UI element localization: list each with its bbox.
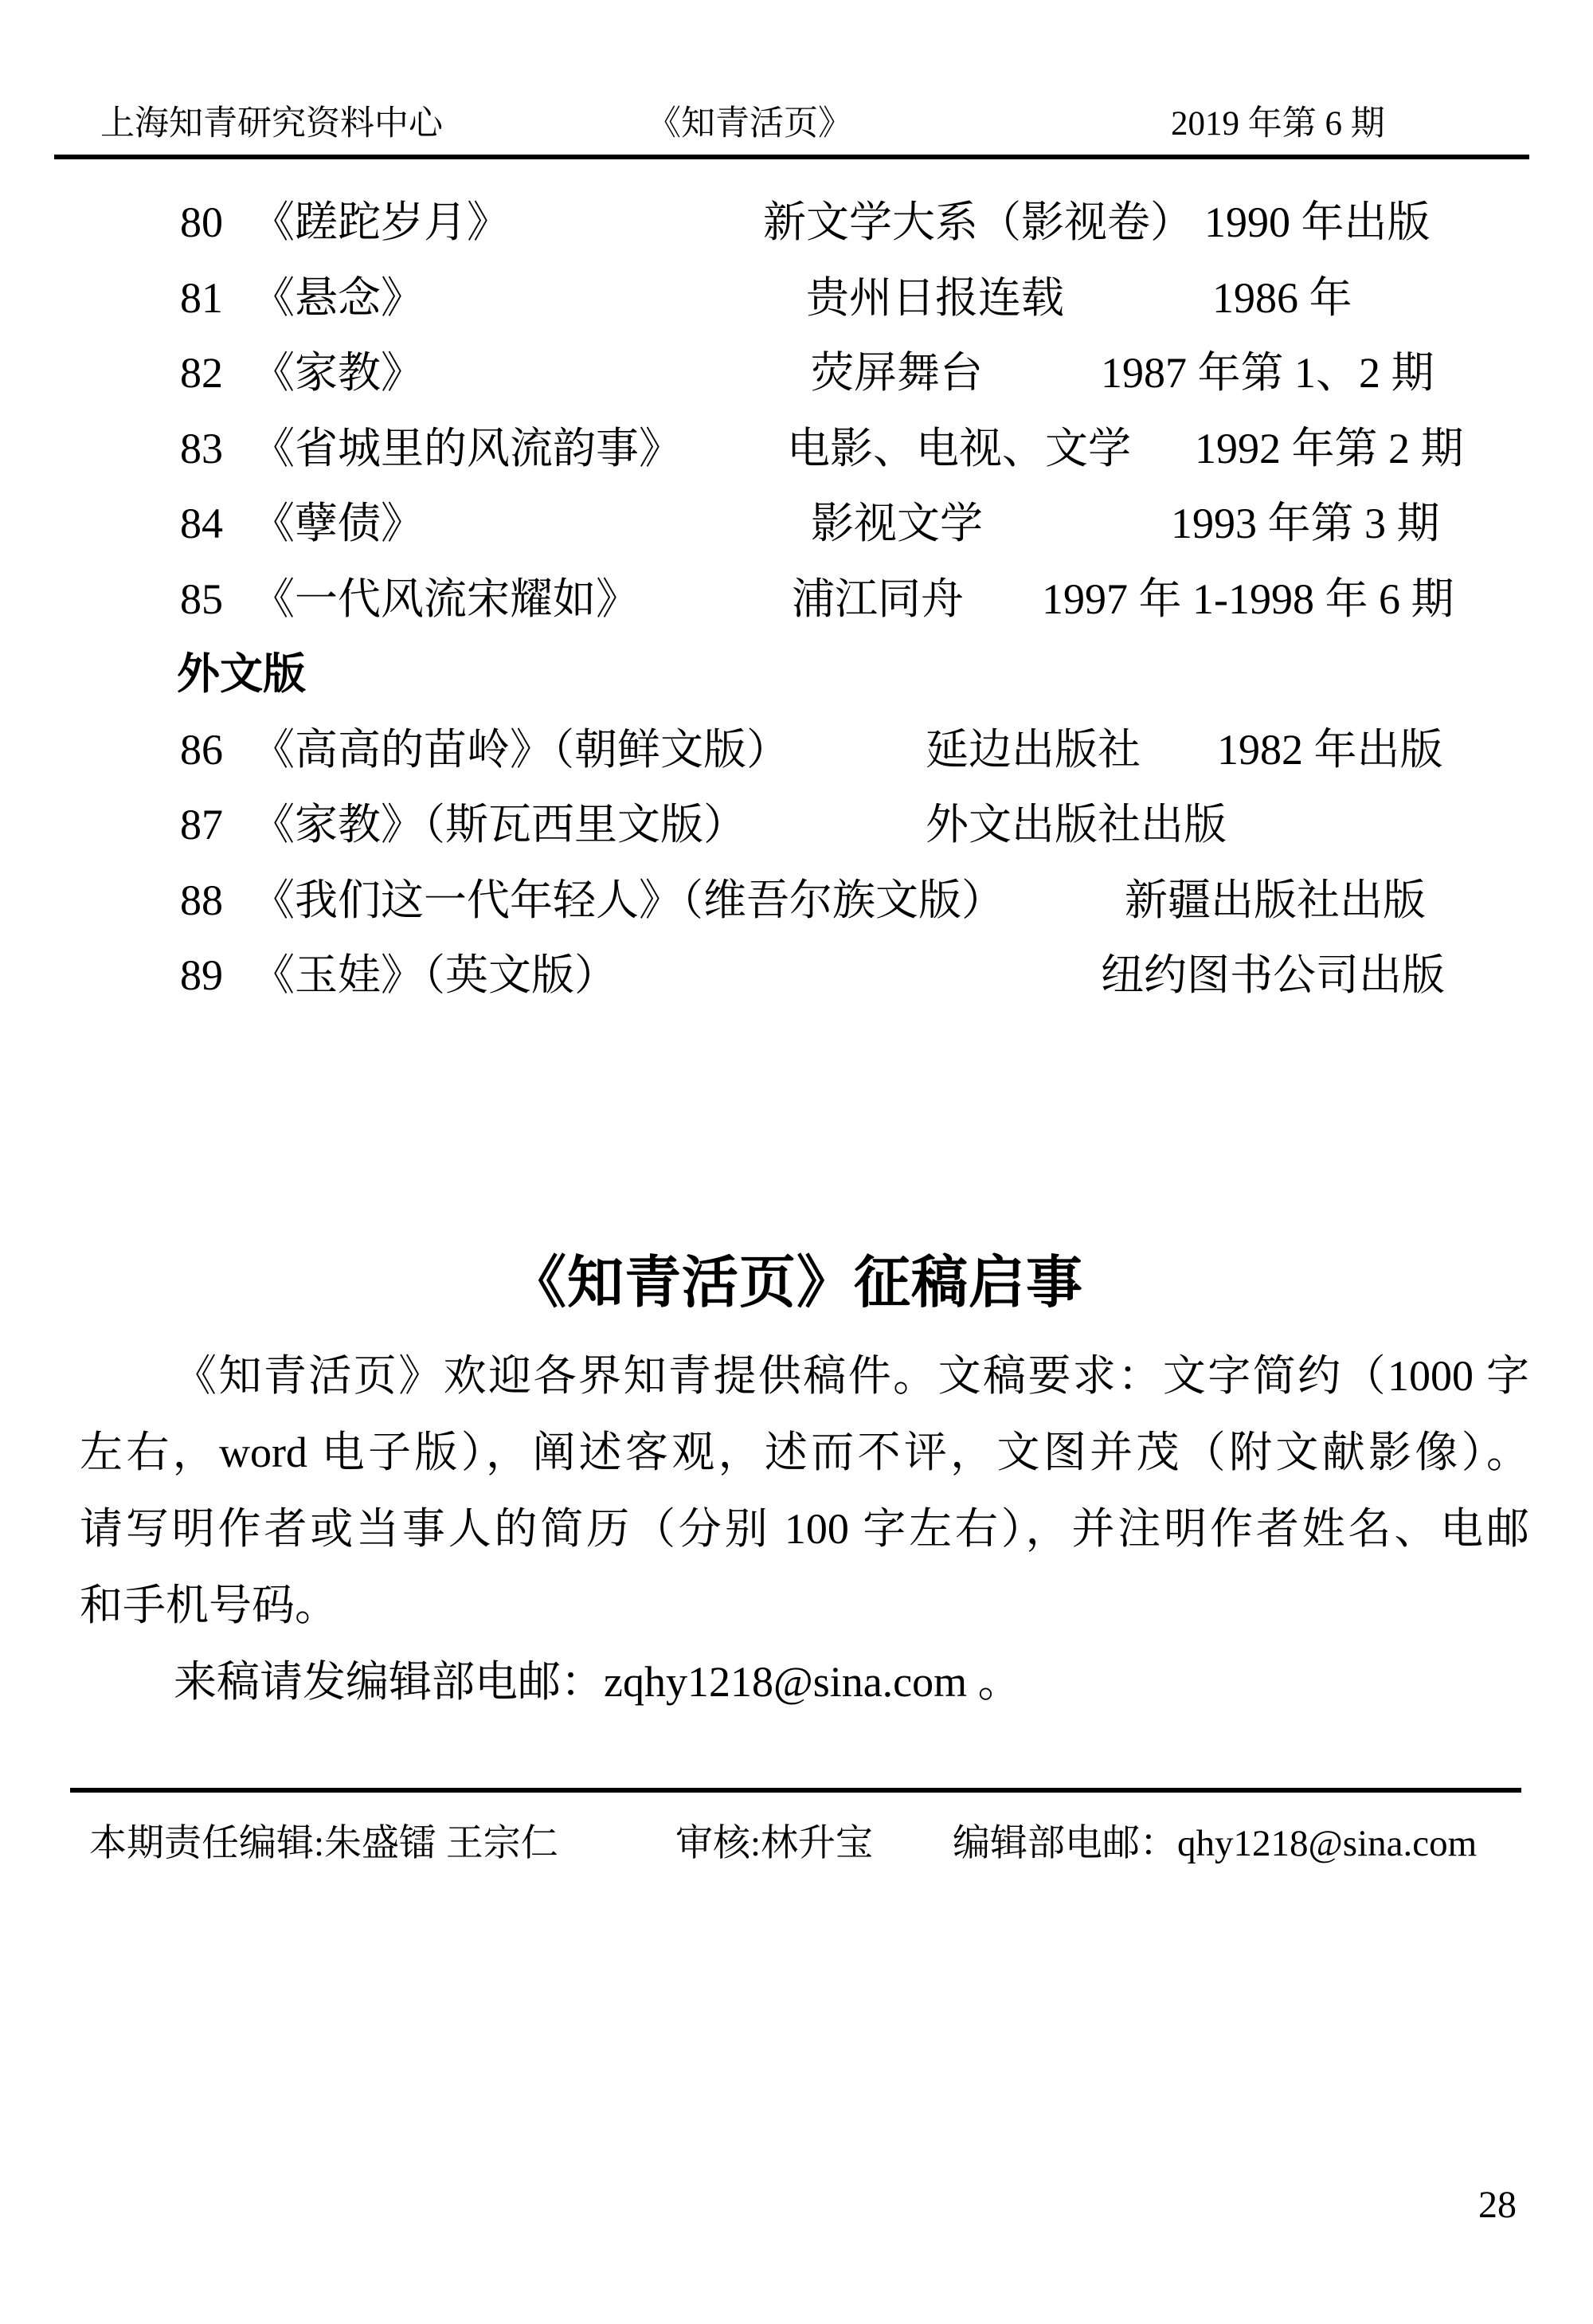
- item-title: 《高高的苗岭》（朝鲜文版）: [252, 727, 789, 773]
- list-row-85: 85 《一代风流宋耀如》 浦江同舟 1997 年 1-1998 年 6 期: [0, 576, 1593, 622]
- footer-editors: 本期责任编辑:朱盛镭 王宗仁: [89, 1823, 558, 1864]
- list-row-82: 82 《家教》 荧屏舞台 1987 年第 1、2 期: [0, 350, 1593, 396]
- list-row-80: 80 《蹉跎岁月》 新文学大系（影视卷） 1990 年出版: [0, 199, 1593, 245]
- item-date: 1986 年: [1212, 275, 1352, 321]
- item-source: 纽约图书公司出版: [1101, 952, 1445, 998]
- item-number: 87: [180, 801, 223, 848]
- item-number: 84: [180, 500, 223, 547]
- list-row-88: 88 《我们这一代年轻人》（维吾尔族文版） 新疆出版社出版: [0, 877, 1593, 923]
- item-source: 新文学大系（影视卷）: [763, 199, 1193, 245]
- item-source: 影视文学: [811, 500, 983, 547]
- list-row-84: 84 《孽债》 影视文学 1993 年第 3 期: [0, 500, 1593, 547]
- footer-rule: [70, 1788, 1521, 1793]
- list-row-83: 83 《省城里的风流韵事》 电影、电视、文学 1992 年第 2 期: [0, 425, 1593, 472]
- item-title: 《家教》（斯瓦西里文版）: [252, 801, 746, 848]
- notice-title: 《知青活页》征稿启事: [0, 1252, 1593, 1315]
- item-source: 电影、电视、文学: [787, 425, 1131, 472]
- footer-editor-email: 编辑部电邮：qhy1218@sina.com: [953, 1823, 1477, 1864]
- item-source: 外文出版社出版: [926, 801, 1227, 848]
- notice-line-email: 来稿请发编辑部电邮：zqhy1218@sina.com 。: [80, 1658, 1529, 1706]
- item-number: 83: [180, 425, 223, 472]
- document-page: 上海知青研究资料中心 《知青活页》 2019 年第 6 期 80 《蹉跎岁月》 …: [0, 0, 1593, 2324]
- item-number: 85: [180, 576, 223, 622]
- item-number: 80: [180, 199, 223, 245]
- item-title: 《悬念》: [252, 275, 424, 321]
- notice-line-1: 《知青活页》欢迎各界知青提供稿件。文稿要求：文字简约（1000 字: [80, 1352, 1529, 1400]
- item-source: 延边出版社: [926, 727, 1141, 773]
- item-title: 《蹉跎岁月》: [252, 199, 510, 245]
- item-source: 新疆出版社出版: [1125, 877, 1426, 923]
- list-row-89: 89 《玉娃》（英文版） 纽约图书公司出版: [0, 952, 1593, 998]
- item-title: 《我们这一代年轻人》（维吾尔族文版）: [252, 877, 1004, 923]
- item-source: 荧屏舞台: [811, 350, 983, 396]
- item-date: 1987 年第 1、2 期: [1101, 350, 1434, 396]
- item-number: 89: [180, 952, 223, 998]
- item-date: 1997 年 1-1998 年 6 期: [1042, 576, 1454, 622]
- item-title: 《孽债》: [252, 500, 424, 547]
- item-date: 1992 年第 2 期: [1195, 425, 1464, 472]
- item-number: 86: [180, 727, 223, 773]
- item-title: 《省城里的风流韵事》: [252, 425, 682, 472]
- section-heading-foreign-editions: 外文版: [177, 651, 306, 697]
- item-title: 《玉娃》（英文版）: [252, 952, 617, 998]
- item-number: 82: [180, 350, 223, 396]
- item-date: 1990 年出版: [1204, 199, 1431, 245]
- item-number: 81: [180, 275, 223, 321]
- header-org-name: 上海知青研究资料中心: [100, 105, 443, 143]
- notice-line-4: 和手机号码。: [80, 1581, 1529, 1629]
- item-source: 浦江同舟: [792, 576, 964, 622]
- item-number: 88: [180, 877, 223, 923]
- header-rule: [54, 155, 1529, 159]
- list-row-81: 81 《悬念》 贵州日报连载 1986 年: [0, 275, 1593, 321]
- item-title: 《一代风流宋耀如》: [252, 576, 639, 622]
- list-row-87: 87 《家教》（斯瓦西里文版） 外文出版社出版: [0, 801, 1593, 848]
- header-publication-title: 《知青活页》: [647, 105, 852, 143]
- item-source: 贵州日报连载: [806, 275, 1064, 321]
- item-title: 《家教》: [252, 350, 424, 396]
- footer-reviewer: 审核:林升宝: [675, 1823, 873, 1864]
- notice-line-3: 请写明作者或当事人的简历（分别 100 字左右），并注明作者姓名、电邮: [80, 1505, 1529, 1553]
- item-date: 1993 年第 3 期: [1171, 500, 1440, 547]
- notice-line-2: 左右，word 电子版），阐述客观，述而不评，文图并茂（附文献影像）。: [80, 1428, 1529, 1476]
- header-issue-info: 2019 年第 6 期: [1171, 105, 1385, 143]
- page-number: 28: [1478, 2185, 1517, 2226]
- item-date: 1982 年出版: [1217, 727, 1443, 773]
- list-row-86: 86 《高高的苗岭》（朝鲜文版） 延边出版社 1982 年出版: [0, 727, 1593, 773]
